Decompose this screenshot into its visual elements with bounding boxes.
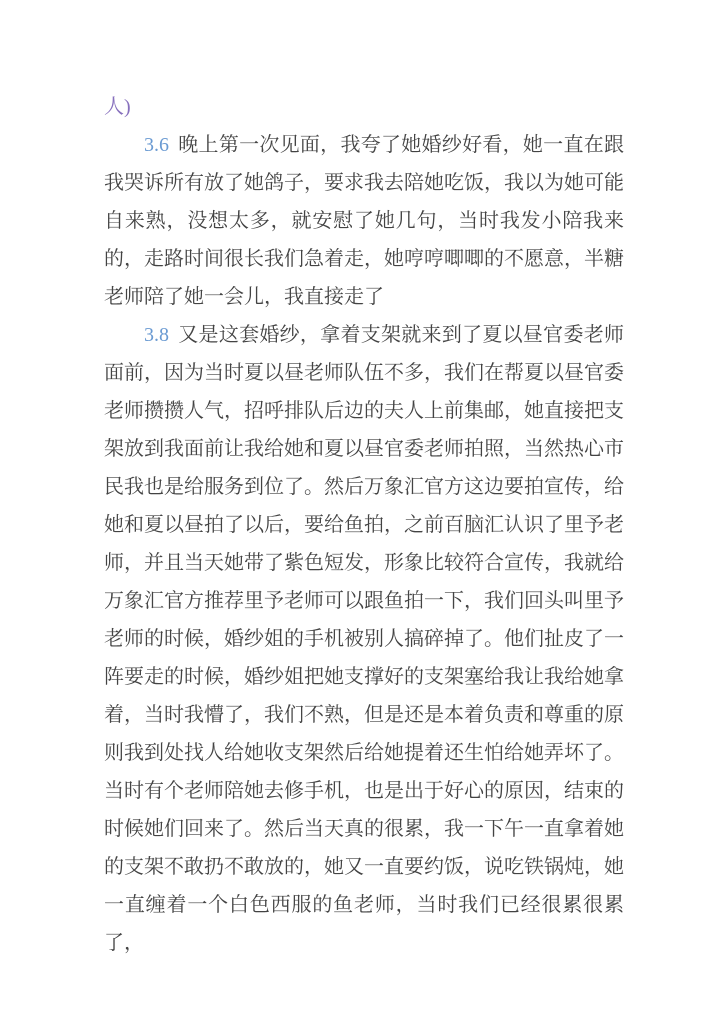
document-page: 人) 3.6晚上第一次见面，我夸了她婚纱好看，她一直在跟我哭诉所有放了她鸽子，要… bbox=[0, 0, 724, 1024]
diary-entry-paragraph: 3.8又是这套婚纱，拿着支架就来到了夏以昼官委老师面前，因为当时夏以昼老师队伍不… bbox=[104, 316, 624, 962]
entry-text: 又是这套婚纱，拿着支架就来到了夏以昼官委老师面前，因为当时夏以昼老师队伍不多，我… bbox=[104, 324, 624, 954]
diary-entry-paragraph: 3.6晚上第一次见面，我夸了她婚纱好看，她一直在跟我哭诉所有放了她鸽子，要求我去… bbox=[104, 126, 624, 316]
previous-paragraph-tail-fragment: 人) bbox=[104, 88, 624, 126]
entry-date-label: 3.6 bbox=[144, 134, 169, 156]
entry-date-label: 3.8 bbox=[144, 324, 169, 346]
entry-text: 晚上第一次见面，我夸了她婚纱好看，她一直在跟我哭诉所有放了她鸽子，要求我去陪她吃… bbox=[104, 134, 624, 308]
document-text-flow: 人) 3.6晚上第一次见面，我夸了她婚纱好看，她一直在跟我哭诉所有放了她鸽子，要… bbox=[104, 88, 624, 962]
